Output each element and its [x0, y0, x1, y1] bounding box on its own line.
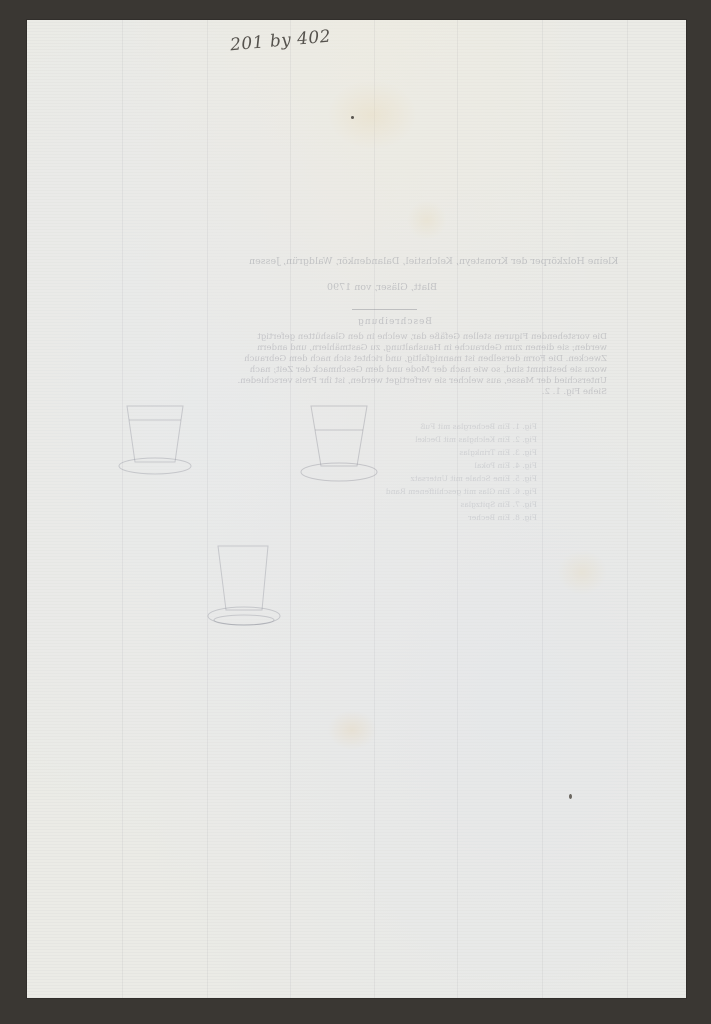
pencil-annotation: 201 by 402 [229, 27, 332, 56]
bleed-heading-line-2: Blatt, Gläser, von 1790 [327, 282, 437, 293]
bleed-heading-line-1: Kleine Holzkörper der Kronsteyn, Kelchst… [249, 256, 618, 267]
ink-dot [351, 116, 354, 119]
document-page: 201 by 402 Kleine Holzkörper der Kronste… [27, 20, 686, 998]
paragraph-line: Die vorstehenden Figuren stellen Gefäße … [137, 332, 607, 343]
vessel-center-drawing [295, 402, 380, 492]
foxing-stain [327, 710, 377, 750]
paper-chain-line [207, 20, 208, 998]
foxing-stain [407, 200, 447, 240]
paragraph-line: wozu sie bestimmt sind, so wie nach der … [137, 365, 607, 376]
heading-rule [352, 309, 417, 310]
paper-chain-line [122, 20, 123, 998]
vessel-left-drawing [115, 400, 195, 480]
paper-chain-line [542, 20, 543, 998]
paragraph-line: Siehe Fig. 1. 2. [137, 387, 607, 398]
bleed-paragraph: Die vorstehenden Figuren stellen Gefäße … [137, 332, 607, 398]
vessel-bottom-drawing [202, 540, 287, 635]
paragraph-line: Unterschied der Masse, aus welcher sie v… [137, 376, 607, 387]
paper-chain-line [627, 20, 628, 998]
caption-line: Fig. 8. Ein Becher [217, 511, 537, 524]
paragraph-line: werden; sie dienen zum Gebrauche in Haus… [137, 343, 607, 354]
foxing-stain [557, 550, 607, 595]
bleed-section-title: Beschreibung [357, 317, 432, 327]
ink-dot [569, 794, 572, 799]
foxing-stain [327, 80, 417, 150]
paragraph-line: Zwecken. Die Form derselben ist mannigfa… [137, 354, 607, 365]
caption-line: Fig. 7. Ein Spitzglas [217, 498, 537, 511]
